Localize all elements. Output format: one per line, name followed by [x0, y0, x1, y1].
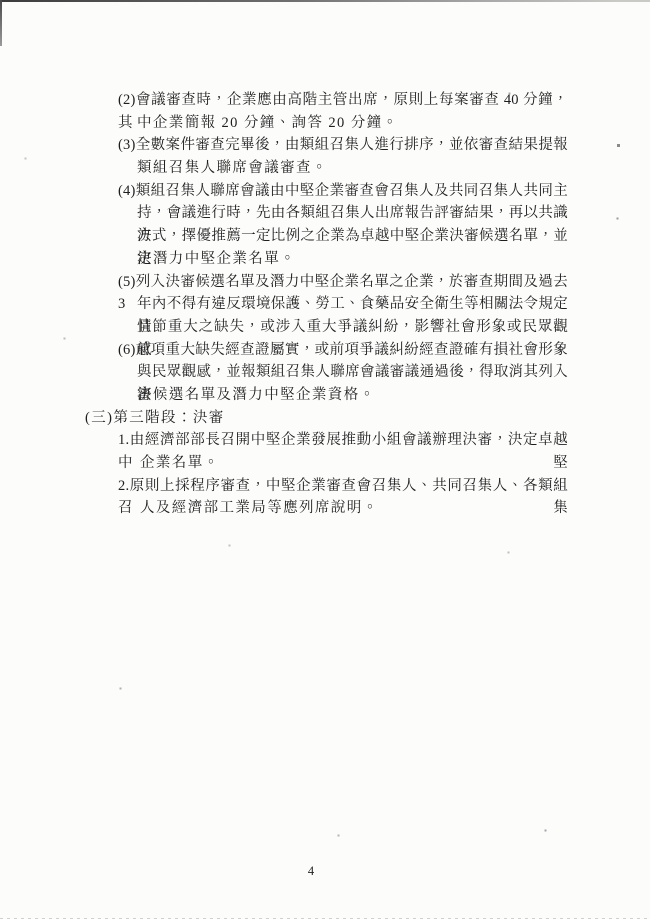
text-line-stage3-item-2: 2.原則上採程序審查，中堅企業審查會召集人、共同召集人、各類組召集: [85, 475, 568, 498]
document-body: (2)會議審查時，企業應由高階主管出席，原則上每案審查 40 分鐘，其 中企業簡…: [85, 89, 568, 520]
scan-noise-speckles: [0, 0, 1, 1]
text-line-item-5-cont: 年內不得有違反環境保護、勞工、食藥品安全衛生等相關法令規定且: [85, 293, 568, 316]
text-line-item-6-cont: 與民眾觀感，並報類組召集人聯席會議審議通過後，得取消其列入決: [85, 361, 568, 384]
scan-edge-left: [0, 0, 2, 46]
text-line-item-4-cont: 定潛力中堅企業名單。: [85, 248, 568, 271]
text-line-item-5: (5)列入決審候選名單及潛力中堅企業名單之企業，於審查期間及過去 3: [85, 271, 568, 294]
text-line-stage3-item-1: 1.由經濟部部長召開中堅企業發展推動小組會議辦理決審，決定卓越中堅: [85, 429, 568, 452]
text-line-item-6: (6)前項重大缺失經查證屬實，或前項爭議糾紛經查證確有損社會形象: [85, 339, 568, 362]
scanned-document-page: { "doc": { "lines": [ "(2)會議審查時，企業應由高階主管…: [0, 0, 650, 919]
text-line-item-4-cont: 持，會議進行時，先由各類組召集人出席報告評審結果，再以共識決: [85, 202, 568, 225]
text-line-item-3-cont: 類組召集人聯席會議審查。: [85, 157, 568, 180]
text-line-item-4-cont: 方式，擇優推薦一定比例之企業為卓越中堅企業決審候選名單，並決: [85, 225, 568, 248]
text-line-item-3: (3)全數案件審查完畢後，由類組召集人進行排序，並依審查結果提報: [85, 134, 568, 157]
text-line-item-2: (2)會議審查時，企業應由高階主管出席，原則上每案審查 40 分鐘，其: [85, 89, 568, 112]
text-line-item-2-cont: 中企業簡報 20 分鐘、詢答 20 分鐘。: [85, 112, 568, 135]
text-line-item-6-cont: 審候選名單及潛力中堅企業資格。: [85, 384, 568, 407]
page-number: 4: [0, 864, 622, 879]
scan-edge-top: [0, 0, 650, 2]
text-line-stage3-heading: (三)第三階段：決審: [85, 407, 568, 430]
text-line-item-5-cont: 情節重大之缺失，或涉入重大爭議糾紛，影響社會形象或民眾觀感。: [85, 316, 568, 339]
text-line-item-4: (4)類組召集人聯席會議由中堅企業審查會召集人及共同召集人共同主: [85, 180, 568, 203]
